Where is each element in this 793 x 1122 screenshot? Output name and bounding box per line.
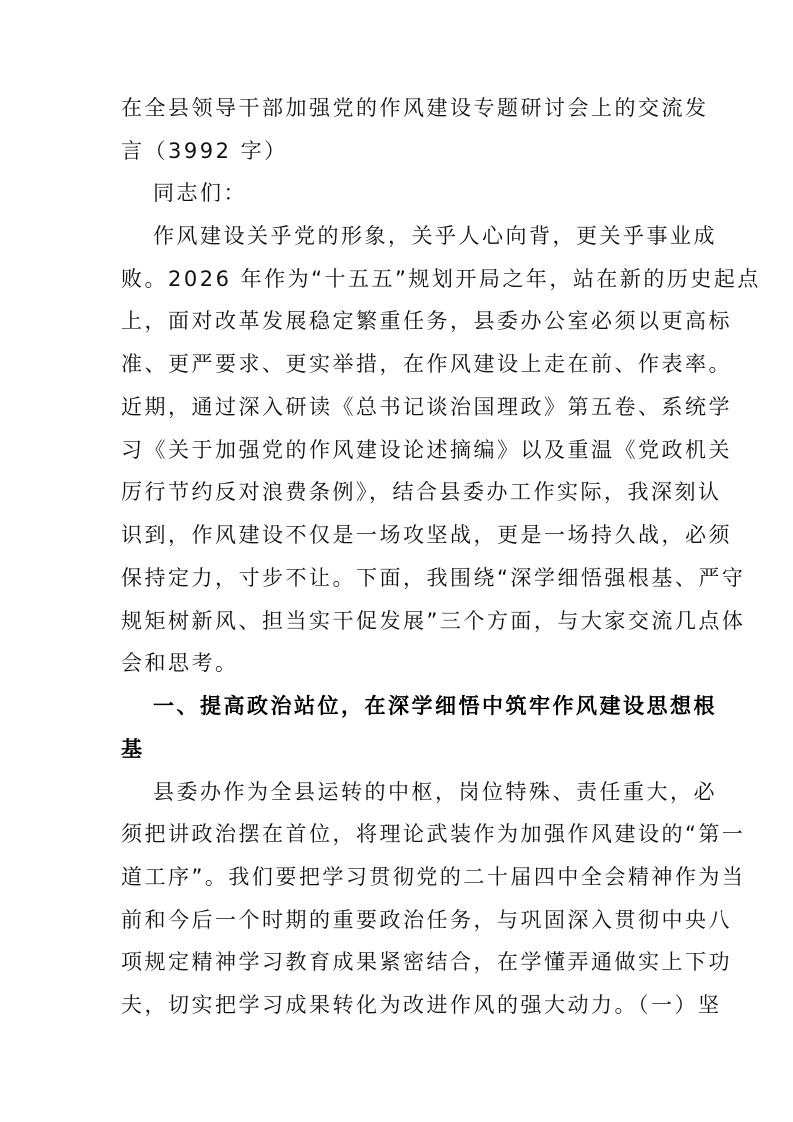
paragraph-2-line: 道工序”。我们要把学习贯彻党的二十届四中全会精神作为当 bbox=[121, 863, 681, 891]
paragraph-1-line: 识到，作风建设不仅是一场攻坚战，更是一场持久战，必须 bbox=[121, 521, 681, 549]
paragraph-2-line: 夫，切实把学习成果转化为改进作风的强大动力。（一）坚 bbox=[121, 991, 681, 1019]
paragraph-1-line: 准、更严要求、更实举措，在作风建设上走在前、作表率。 bbox=[121, 350, 681, 378]
document-page: 在全县领导干部加强党的作风建设专题研讨会上的交流发 言（3992 字） 同志们：… bbox=[0, 0, 793, 1122]
paragraph-1-line: 厉行节约反对浪费条例》，结合县委办工作实际，我深刻认 bbox=[121, 478, 681, 506]
paragraph-1-line: 近期，通过深入研读《总书记谈治国理政》第五卷、系统学 bbox=[121, 393, 681, 421]
paragraph-1-line: 规矩树新风、担当实干促发展”三个方面，与大家交流几点体 bbox=[121, 607, 681, 635]
paragraph-1-line: 会和思考。 bbox=[121, 649, 681, 677]
paragraph-1-line: 保持定力，寸步不让。下面，我围绕“深学细悟强根基、严守 bbox=[121, 564, 681, 592]
document-title-line-1: 在全县领导干部加强党的作风建设专题研讨会上的交流发 bbox=[121, 94, 681, 122]
paragraph-1-line: 上，面对改革发展稳定繁重任务，县委办公室必须以更高标 bbox=[121, 307, 681, 335]
paragraph-1-line: 作风建设关乎党的形象，关乎人心向背，更关乎事业成 bbox=[153, 222, 713, 250]
paragraph-2-line: 县委办作为全县运转的中枢，岗位特殊、责任重大，必 bbox=[153, 778, 713, 806]
document-title-line-2: 言（3992 字） bbox=[121, 137, 681, 165]
salutation: 同志们： bbox=[153, 179, 713, 207]
section-heading-1: 一、提高政治站位，在深学细悟中筑牢作风建设思想根 bbox=[153, 692, 713, 720]
paragraph-1-line: 败。2026 年作为“十五五”规划开局之年，站在新的历史起点 bbox=[121, 265, 681, 293]
paragraph-2-line: 项规定精神学习教育成果紧密结合，在学懂弄通做实上下功 bbox=[121, 948, 681, 976]
paragraph-2-line: 须把讲政治摆在首位，将理论武装作为加强作风建设的“第一 bbox=[121, 820, 681, 848]
section-heading-1-cont: 基 bbox=[121, 735, 681, 763]
paragraph-1-line: 习《关于加强党的作风建设论述摘编》以及重温《党政机关 bbox=[121, 436, 681, 464]
paragraph-2-line: 前和今后一个时期的重要政治任务，与巩固深入贯彻中央八 bbox=[121, 906, 681, 934]
